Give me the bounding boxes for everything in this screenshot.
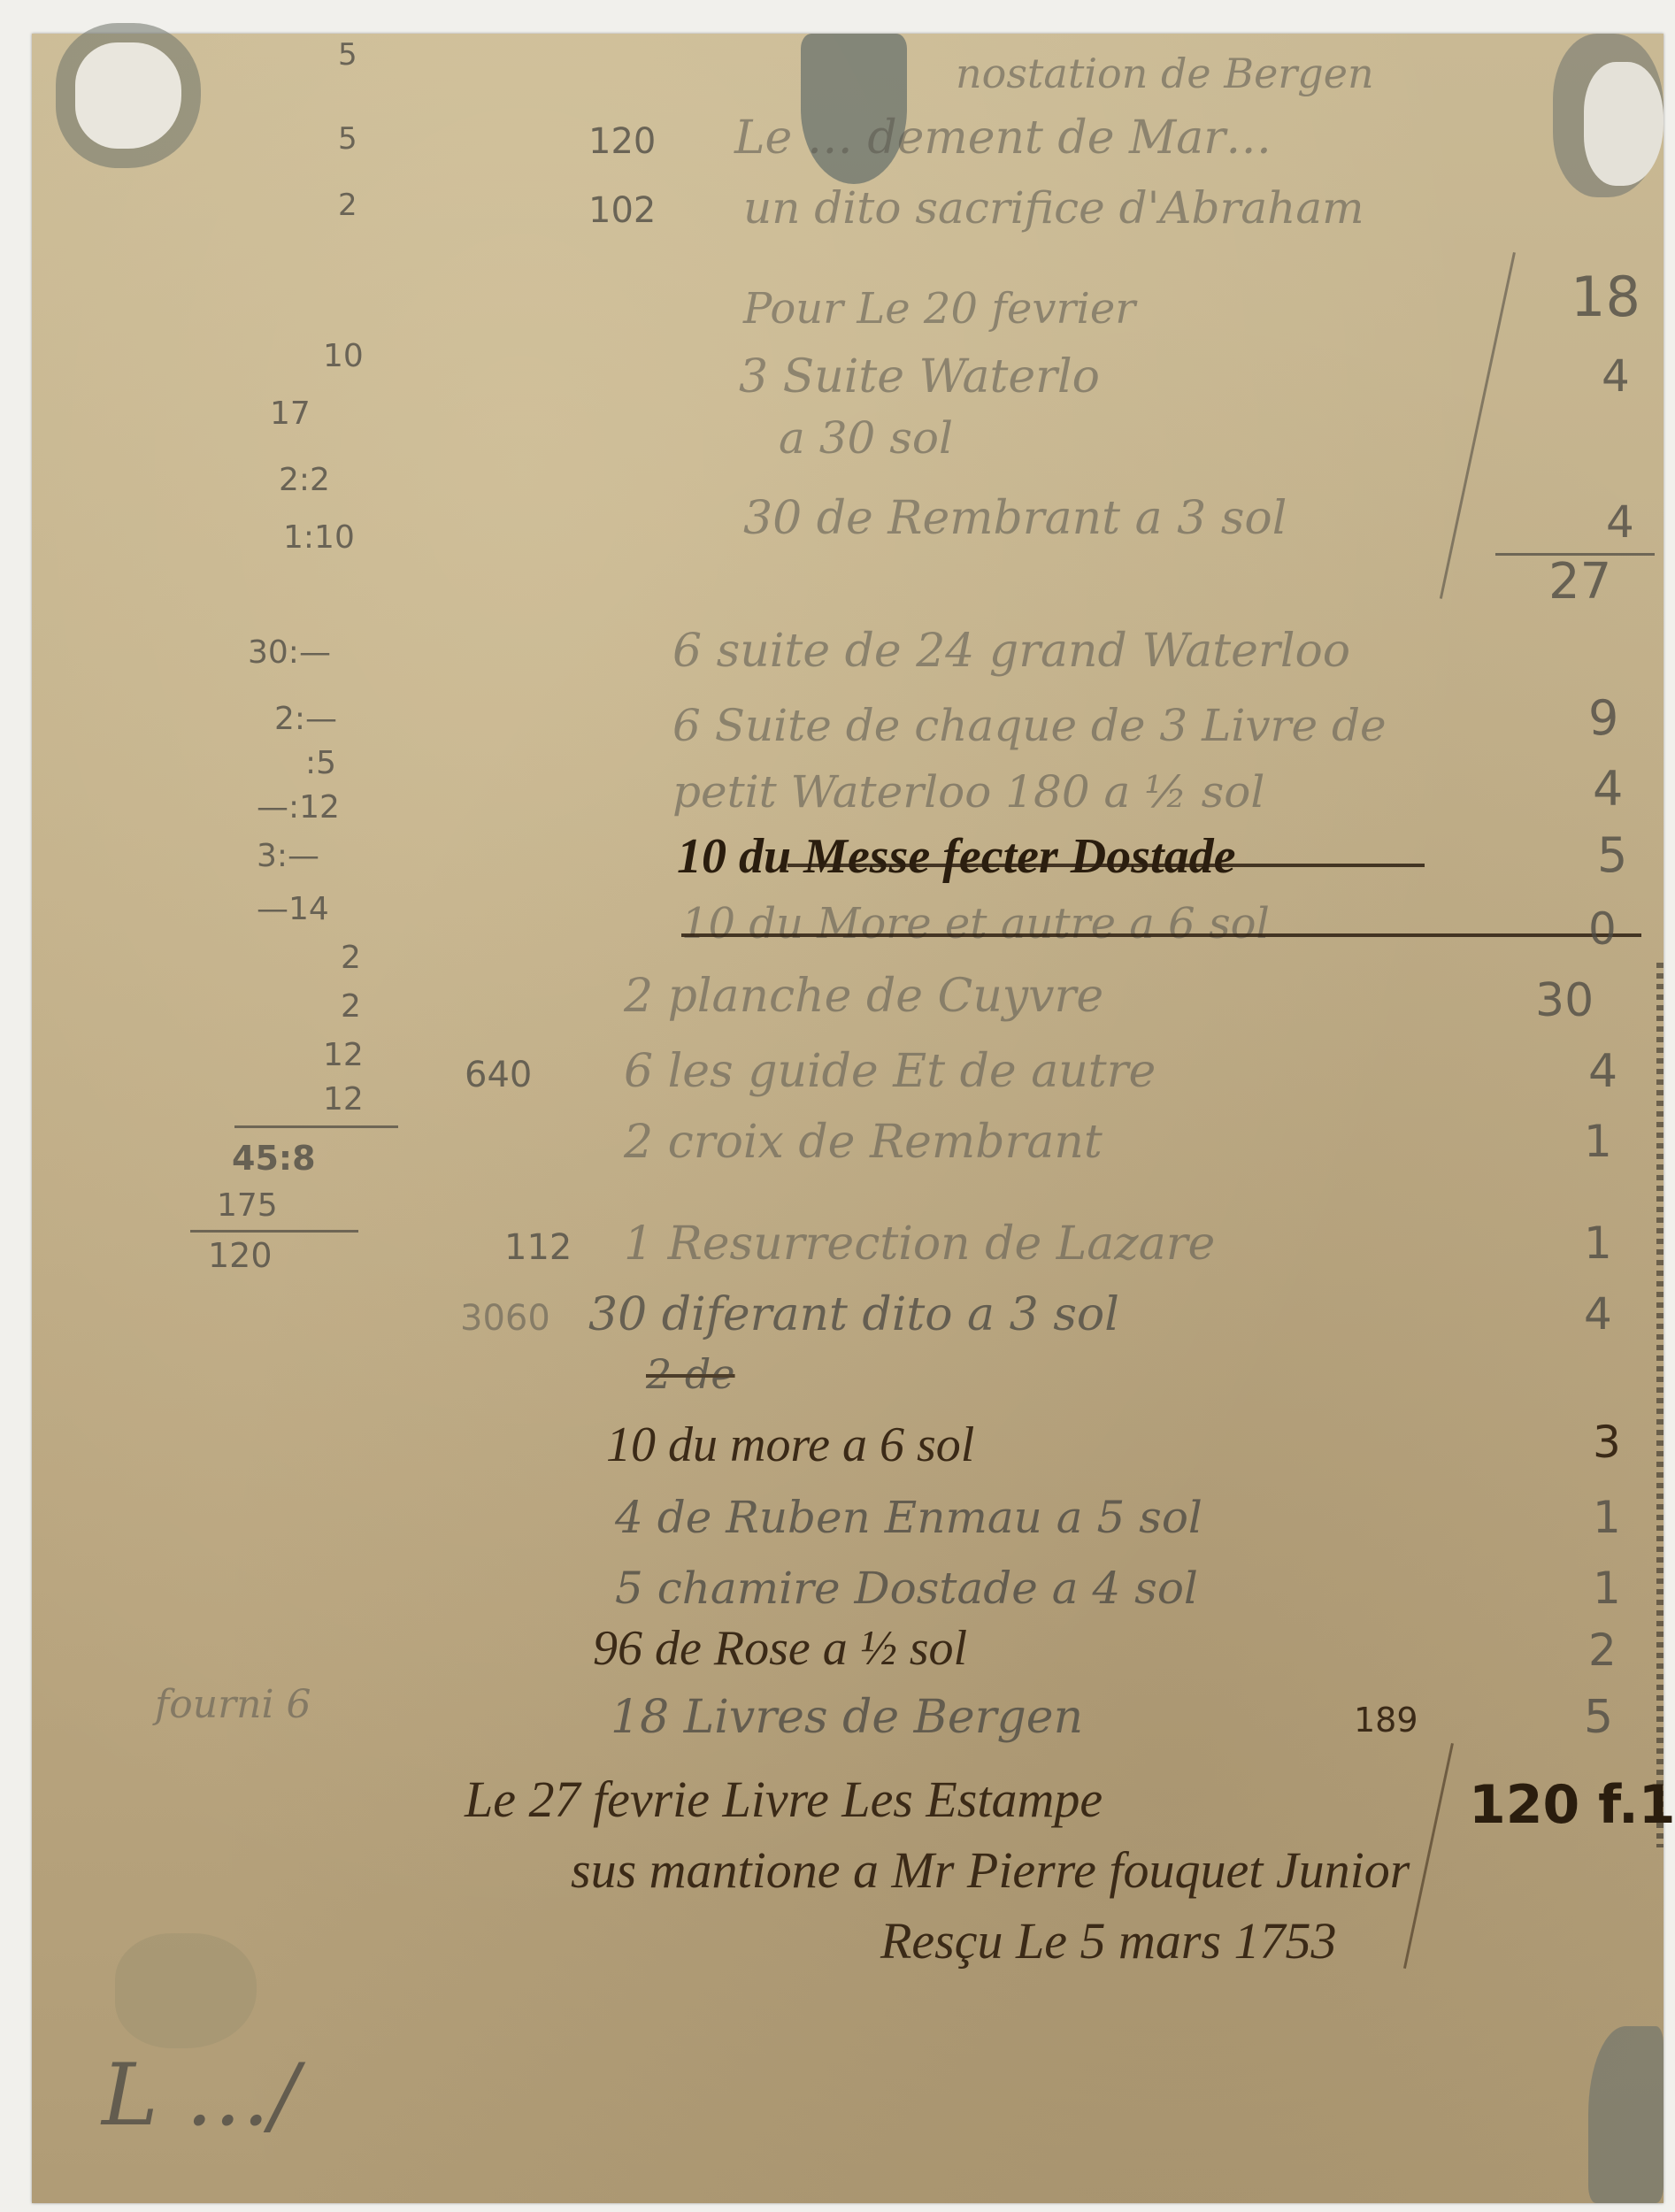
- paper-stain-bottom-right: [1588, 2026, 1663, 2203]
- mid-number: 112: [504, 1230, 572, 1265]
- left-tally: 175: [217, 1190, 278, 1222]
- entry-subline: a 30 sol: [779, 416, 953, 460]
- subtotal-amount: 27: [1548, 557, 1611, 607]
- entry-line: 2 croix de Rembrant: [624, 1119, 1103, 1165]
- paper-stain-top-left: [75, 42, 181, 149]
- left-tally: —14: [257, 894, 329, 926]
- left-tally: 10: [323, 341, 364, 373]
- strike-line: [681, 933, 1641, 937]
- paper-damage-top-right: [1584, 62, 1663, 186]
- entry-line: 6 Suite de chaque de 3 Livre de: [672, 703, 1387, 748]
- left-tally-0: 5: [338, 40, 357, 70]
- left-tally: 2:—: [274, 703, 337, 735]
- mid-number: 640: [465, 1057, 532, 1093]
- entry-amount: 1: [1584, 1119, 1612, 1164]
- entry-amount: 5: [1597, 832, 1627, 879]
- entry-line-ink: 10 du Messe fecter Dostade: [677, 832, 1235, 881]
- bottom-signature-mark: L …/: [102, 2053, 299, 2138]
- left-tally: :5: [305, 748, 336, 780]
- paper-stain-bottom-left: [115, 1933, 257, 2048]
- entry-line: 3 Suite Waterlo: [739, 354, 1100, 400]
- left-tally-result: 120: [208, 1239, 273, 1272]
- entry-top-2: un dito sacrifice d'Abraham: [743, 186, 1364, 230]
- entry-line: 4 de Ruben Enmau a 5 sol: [615, 1495, 1202, 1540]
- left-tally-sum: 45:8: [232, 1141, 316, 1175]
- closing-line-2: sus mantione a Mr Pierre fouquet Junior: [571, 1845, 1410, 1896]
- amount-18: 18: [1571, 270, 1640, 325]
- strike-line: [788, 864, 1425, 867]
- left-tally: 1:10: [283, 522, 355, 554]
- left-note: fourni 6: [155, 1686, 311, 1724]
- entry-amount: 4: [1606, 500, 1634, 544]
- entry-amount: 4: [1588, 1048, 1617, 1094]
- entry-amount: 4: [1602, 354, 1630, 398]
- entry-amount: 3: [1593, 1420, 1621, 1464]
- entry-line: 6 les guide Et de autre: [624, 1048, 1156, 1094]
- entry-line: 1 Resurrection de Lazare: [624, 1221, 1215, 1267]
- closing-line-3: Resçu Le 5 mars 1753: [880, 1916, 1337, 1967]
- tally-sum-rule: [234, 1125, 398, 1128]
- entry-amount: 30: [1535, 978, 1594, 1024]
- entry-line: 2 planche de Cuyvre: [624, 973, 1103, 1019]
- mid-number: 3060: [460, 1301, 550, 1336]
- entry-line: 5 chamire Dostade a 4 sol: [615, 1566, 1198, 1610]
- entry-top-1: Le … dement de Mar…: [734, 115, 1272, 161]
- entry-amount: 0: [1588, 907, 1617, 951]
- left-tally-2: 2: [338, 190, 357, 220]
- entry-note: 189: [1354, 1703, 1418, 1737]
- entry-amount: 1: [1584, 1221, 1612, 1265]
- entry-amount: 4: [1584, 1292, 1612, 1336]
- mid-number-120: 120: [588, 124, 656, 159]
- entry-line-struck: 10 du More et autre a 6 sol: [681, 902, 1270, 945]
- section-heading: Pour Le 20 fevrier: [743, 288, 1135, 330]
- entry-amount: 4: [1593, 765, 1623, 813]
- header-fragment: nostation de Bergen: [956, 53, 1374, 94]
- closing-line-1: Le 27 fevrie Livre Les Estampe: [465, 1774, 1103, 1825]
- left-tally: 2: [341, 991, 361, 1023]
- left-tally: 17: [270, 398, 311, 430]
- entry-amount: 1: [1593, 1495, 1621, 1540]
- entry-line: 30 de Rembrant a 3 sol: [743, 495, 1287, 541]
- entry-line: petit Waterloo 180 a ½ sol: [672, 770, 1264, 814]
- entry-line-struck: 2 de: [646, 1354, 735, 1394]
- entry-amount: 1: [1593, 1566, 1621, 1610]
- entry-line-ink: 10 du more a 6 sol: [606, 1420, 974, 1470]
- left-tally: 2:2: [279, 465, 330, 496]
- entry-amount: 2: [1588, 1628, 1617, 1672]
- closing-total: 120 f.1: [1469, 1778, 1675, 1832]
- left-tally: 30:—: [248, 637, 331, 669]
- entry-line: 6 suite de 24 grand Waterloo: [672, 628, 1350, 674]
- left-tally: 12: [323, 1040, 364, 1071]
- tally-result-rule: [190, 1230, 358, 1233]
- entry-line: 30 diferant dito a 3 sol: [588, 1292, 1119, 1338]
- left-tally: 2: [341, 942, 361, 974]
- entry-amount: 9: [1588, 695, 1618, 742]
- entry-line-ink: 96 de Rose a ½ sol: [593, 1624, 967, 1673]
- mid-number-102: 102: [588, 193, 656, 228]
- entry-amount: 5: [1584, 1694, 1613, 1740]
- left-tally: 3:—: [257, 841, 319, 872]
- left-tally-1: 5: [338, 124, 357, 154]
- entry-line: 18 Livres de Bergen: [611, 1694, 1083, 1740]
- left-tally: —:12: [257, 792, 340, 824]
- left-tally: 12: [323, 1084, 364, 1116]
